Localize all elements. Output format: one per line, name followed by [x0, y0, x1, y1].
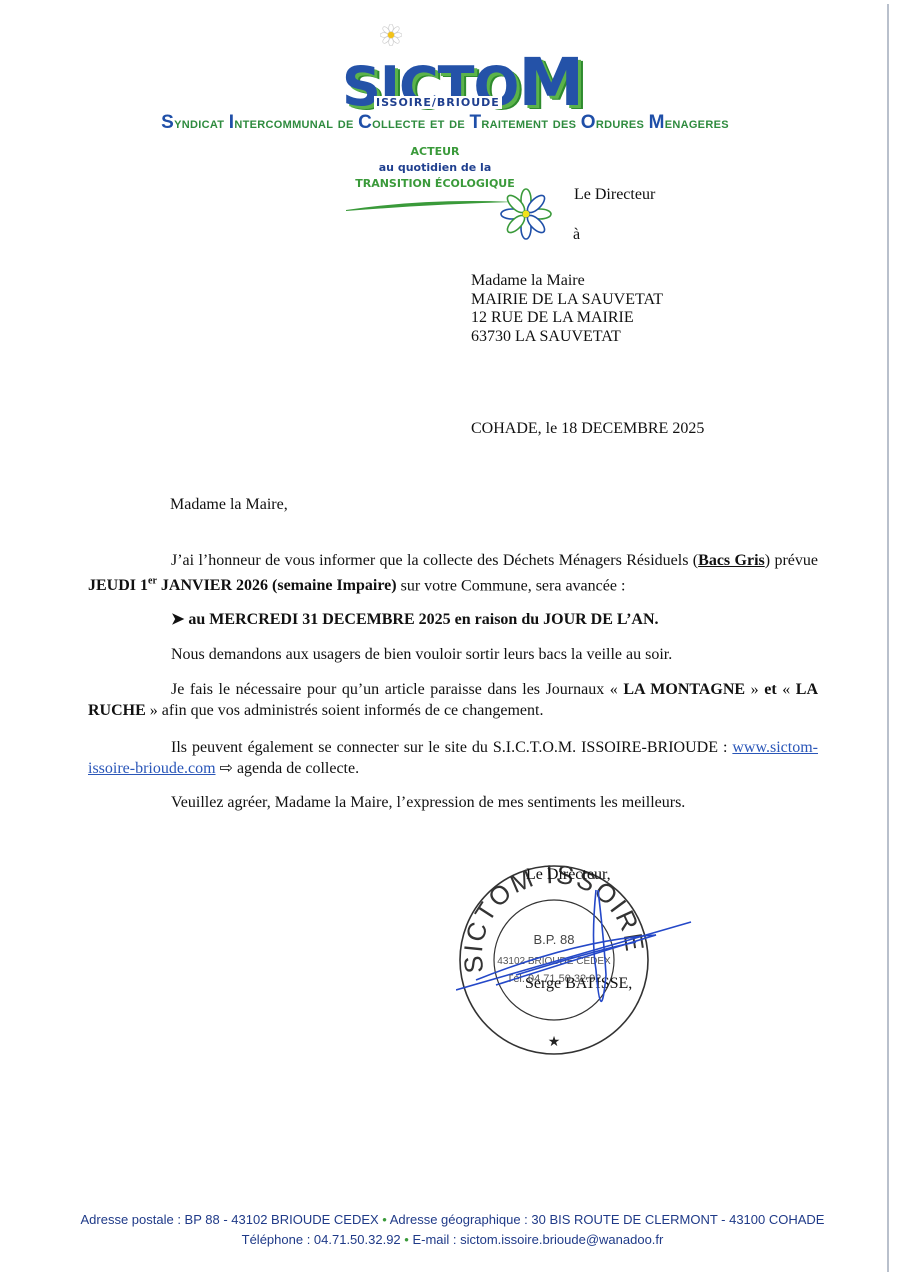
footer: Adresse postale : BP 88 - 43102 BRIOUDE … — [0, 1210, 900, 1250]
sictom-logo: SICTOM ISSOIRE/BRIOUDE — [336, 24, 576, 114]
bacs-gris: Bacs Gris — [698, 552, 765, 569]
paragraph-newspapers: Je fais le nécessaire pour qu’un article… — [88, 679, 818, 721]
paragraph-notice: J’ai l’honneur de vous informer que la c… — [88, 550, 818, 596]
recipient-address: Madame la Maire MAIRIE DE LA SAUVETAT 12… — [471, 272, 663, 346]
recipient-line: MAIRIE DE LA SAUVETAT — [471, 291, 663, 310]
tagline: ACTEUR au quotidien de la TRANSITION ÉCO… — [340, 144, 530, 192]
footer-line-1: Adresse postale : BP 88 - 43102 BRIOUDE … — [0, 1210, 900, 1230]
green-swoosh — [346, 196, 516, 214]
svg-text:★: ★ — [548, 1035, 561, 1050]
scan-edge-line — [887, 4, 889, 1272]
flower-icon — [500, 188, 552, 240]
recipient-line: Madame la Maire — [471, 272, 663, 291]
sender-to: à — [573, 226, 580, 244]
daisy-icon — [380, 24, 402, 46]
footer-email: E-mail : sictom.issoire.brioude@wanadoo.… — [412, 1232, 663, 1247]
paragraph-website: Ils peuvent également se connecter sur l… — [88, 737, 818, 779]
paragraph-new-date: ➤ au MERCREDI 31 DECEMBRE 2025 en raison… — [171, 609, 771, 630]
recipient-line: 12 RUE DE LA MAIRIE — [471, 309, 663, 328]
paragraph-instructions: Nous demandons aux usagers de bien voulo… — [171, 644, 771, 665]
tagline-line-1: ACTEUR — [340, 144, 530, 160]
salutation: Madame la Maire, — [170, 496, 288, 514]
footer-line-2: Téléphone : 04.71.50.32.92 • E-mail : si… — [0, 1230, 900, 1250]
date-line: COHADE, le 18 DECEMBRE 2025 — [471, 420, 704, 438]
sender-title: Le Directeur — [574, 186, 655, 204]
recipient-line: 63730 LA SAUVETAT — [471, 328, 663, 347]
logo-subtitle: ISSOIRE/BRIOUDE — [374, 96, 502, 109]
handwritten-signature — [456, 880, 696, 1030]
organization-title: Syndicat Intercommunal de Collecte et de… — [0, 112, 890, 134]
arrow-icon: ➤ — [171, 611, 184, 628]
right-arrow-icon: ⇨ — [216, 760, 237, 777]
paragraph-closing: Veuillez agréer, Madame la Maire, l’expr… — [171, 792, 811, 813]
tagline-line-2: au quotidien de la — [340, 160, 530, 176]
